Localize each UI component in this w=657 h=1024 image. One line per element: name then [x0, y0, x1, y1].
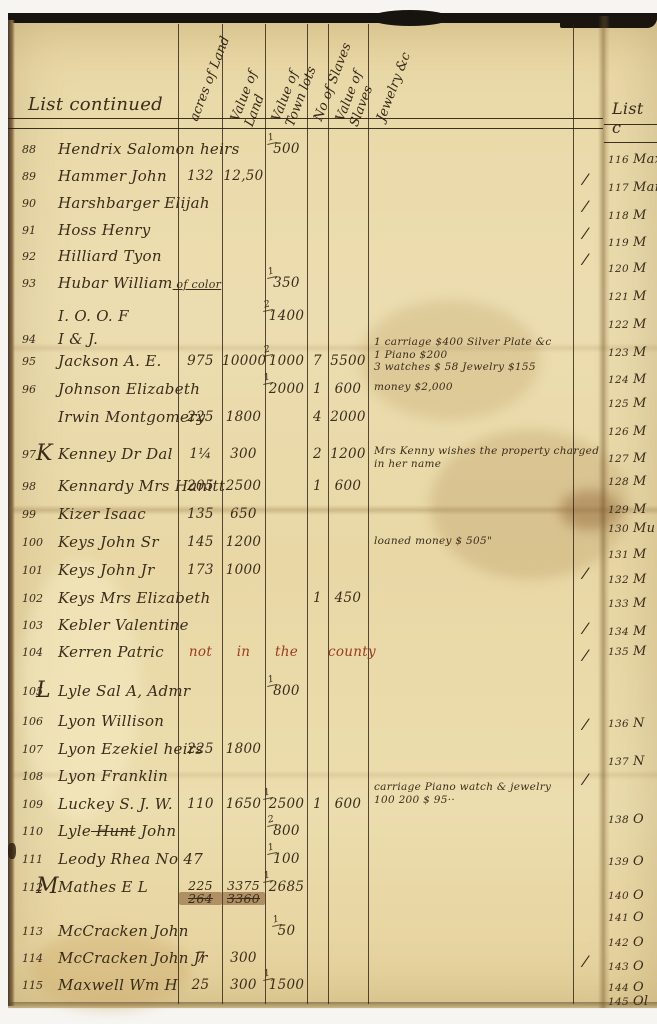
jewelry-note-cell: money $2,000	[374, 381, 602, 394]
right-row-number: 116	[608, 154, 629, 166]
table-row: 90 Harshbarger Elijah ∕	[0, 194, 657, 220]
right-row-text: Maxw	[633, 152, 657, 167]
acres-cell: 145	[179, 534, 222, 550]
right-page-row: 130Mu	[608, 517, 655, 536]
taxpayer-name: Luckey S. J. W.	[58, 795, 173, 813]
right-row-number: 137	[608, 756, 629, 768]
land-value-cell: 1650	[222, 796, 265, 812]
town-lots-cell: 12000	[266, 381, 307, 397]
land-value-cell: 300	[222, 950, 265, 966]
right-row-number: 118	[608, 210, 629, 222]
slaves-count-cell: 1	[307, 478, 328, 494]
right-row-number: 132	[608, 574, 629, 586]
right-page-row: 142O	[608, 931, 644, 950]
right-page-row: 122M	[608, 313, 647, 332]
right-row-text: M	[633, 235, 647, 250]
row-number: 107	[22, 743, 52, 756]
town-lots-cell: 1350	[266, 275, 307, 291]
right-page-row: 145Ol	[608, 990, 648, 1009]
acres-cell: 110	[179, 796, 222, 812]
town-lots-cell: 1800	[266, 683, 307, 699]
row-number: 113	[22, 925, 52, 938]
taxpayer-name: Kerren Patric	[58, 643, 164, 661]
right-page-row: 116Maxw	[608, 148, 657, 167]
table-row: 104 Kerren Patric not in the county ∕	[0, 643, 657, 669]
right-row-text: N	[633, 716, 645, 731]
right-page-row: 132M	[608, 568, 647, 587]
slaves-value-cell: 450	[328, 590, 368, 606]
right-page-row: 118M	[608, 204, 647, 223]
right-row-number: 123	[608, 347, 629, 359]
right-page-row: 125M	[608, 392, 647, 411]
slaves-count-cell: 1	[307, 381, 328, 397]
table-row: 111 Leody Rhea No 47 1100	[0, 850, 657, 876]
right-row-number: 134	[608, 626, 629, 638]
row-number: 93	[22, 277, 52, 290]
right-row-text: M	[633, 208, 647, 223]
table-row: 109 Luckey S. J. W. 110 1650 12500 1 600…	[0, 795, 657, 821]
land-value-cell: 33753360	[222, 879, 265, 905]
right-row-text: M	[633, 547, 647, 562]
right-page-row: 129M	[608, 498, 647, 517]
section-letter: K	[36, 441, 52, 466]
right-row-number: 141	[608, 912, 629, 924]
table-row: 91 Hoss Henry ∕	[0, 221, 657, 247]
taxpayer-name: Hoss Henry	[58, 221, 151, 239]
row-number: 89	[22, 170, 52, 183]
right-row-text: O	[633, 935, 644, 950]
row-number: 103	[22, 619, 52, 632]
right-row-text: M	[633, 289, 647, 304]
page-bottom-edge	[8, 1002, 657, 1009]
right-page-row: 123M	[608, 341, 647, 360]
poll-tick-mark: ∕	[582, 224, 602, 240]
acres-cell: 225264	[179, 879, 222, 905]
slaves-value-cell: 600	[328, 478, 368, 494]
town-lots-cell: 2800	[266, 823, 307, 839]
table-row: 106 Lyon Willison ∕	[0, 712, 657, 738]
table-row: 112 M Mathes E L 225264 33753360 12685	[0, 878, 657, 904]
table-row: 93 Hubar William of color 1350	[0, 274, 657, 300]
taxpayer-name: Lyon Franklin	[58, 767, 168, 785]
row-number: 114	[22, 952, 52, 965]
row-number: 104	[22, 646, 52, 659]
slaves-count-cell: 2	[307, 446, 328, 462]
slaves-count-cell: 7	[307, 353, 328, 369]
right-row-number: 127	[608, 453, 629, 465]
town-lots-cell: 150	[266, 923, 307, 939]
right-page-row: 133M	[608, 592, 647, 611]
row-number: 98	[22, 480, 52, 493]
right-page-row: 131M	[608, 543, 647, 562]
right-page-row: 143O	[608, 955, 644, 974]
taxpayer-name: Lyon Willison	[58, 712, 164, 730]
slaves-count-cell: 1	[307, 590, 328, 606]
taxpayer-name: Leody Rhea No 47	[58, 850, 203, 868]
poll-tick-mark: ∕	[582, 250, 602, 266]
taxpayer-name: Keys Mrs Elizabeth	[58, 589, 211, 607]
land-value-cell: 1800	[222, 741, 265, 757]
right-row-number: 129	[608, 504, 629, 516]
poll-tick-mark: ∕	[582, 952, 602, 968]
taxpayer-name: Keys John Sr	[58, 533, 159, 551]
table-row: Irwin Montgomery 225 1800 4 2000	[0, 408, 657, 434]
lot-count: 1	[261, 869, 274, 883]
right-row-text: M	[633, 502, 647, 517]
land-value-cell: 2500	[222, 478, 265, 494]
taxpayer-name: Johnson Elizabeth	[58, 380, 200, 398]
row-number: 111	[22, 853, 52, 866]
right-page-row: 141O	[608, 906, 644, 925]
acres-cell: not	[179, 644, 222, 660]
town-lots-cell: 12500	[266, 796, 307, 812]
acres-cell: 135	[179, 506, 222, 522]
slaves-value-cell: 600	[328, 381, 368, 397]
land-value-cell: in	[222, 644, 265, 660]
row-number: 88	[22, 143, 52, 156]
right-row-number: 142	[608, 937, 629, 949]
table-row: 113 McCracken John 150	[0, 922, 657, 948]
right-row-number: 128	[608, 476, 629, 488]
right-page-row: 135M	[608, 640, 647, 659]
right-row-number: 130	[608, 523, 629, 535]
table-row: 103 Kebler Valentine ∕	[0, 616, 657, 642]
row-number: 110	[22, 825, 52, 838]
right-page-row: 140O	[608, 884, 644, 903]
right-row-number: 139	[608, 856, 629, 868]
row-number: 100	[22, 536, 52, 549]
right-row-number: 143	[608, 961, 629, 973]
table-row: 102 Keys Mrs Elizabeth 1 450	[0, 589, 657, 615]
right-row-number: 126	[608, 426, 629, 438]
poll-tick-mark: ∕	[582, 170, 602, 186]
right-row-number: 120	[608, 263, 629, 275]
taxpayer-name: Maxwell Wm H	[58, 976, 178, 994]
slaves-value-cell: 600	[328, 796, 368, 812]
row-number: 106	[22, 715, 52, 728]
table-row: 101 Keys John Jr 173 1000 ∕	[0, 561, 657, 587]
jewelry-note-cell: 1 carriage $400 Silver Plate &c1 Piano $…	[374, 336, 602, 374]
right-row-text: Maru	[633, 180, 657, 195]
right-row-text: M	[633, 345, 647, 360]
right-row-text: O	[633, 959, 644, 974]
table-row: 89 Hammer John 132 12,50 ∕	[0, 167, 657, 193]
right-row-number: 131	[608, 549, 629, 561]
right-row-text: O	[633, 888, 644, 903]
right-row-text: Ol	[633, 994, 648, 1009]
table-row: 100 Keys John Sr 145 1200 loaned money $…	[0, 533, 657, 559]
right-row-text: M	[633, 624, 647, 639]
town-lots-cell: the	[266, 644, 307, 660]
table-row: 95 Jackson A. E. 975 10000 21000 7 5500 …	[0, 352, 657, 378]
slaves-value-cell: 2000	[328, 409, 368, 425]
right-page-title: List c	[612, 99, 657, 137]
table-row: 107 Lyon Ezekiel heirs 225 1800	[0, 740, 657, 766]
lot-count: 1	[261, 371, 274, 385]
jewelry-note-cell: Mrs Kenny wishes the property charged in…	[374, 445, 602, 470]
section-letter: L	[36, 678, 51, 703]
table-row: 99 Kizer Isaac 135 650	[0, 505, 657, 531]
land-value-cell: 10000	[222, 353, 265, 369]
right-row-number: 136	[608, 718, 629, 730]
right-row-text: M	[633, 596, 647, 611]
taxpayer-name: I & J.	[58, 330, 98, 348]
taxpayer-name: Jackson A. E.	[58, 352, 162, 370]
right-page-row: 138O	[608, 808, 644, 827]
taxpayer-name: Hammer John	[58, 167, 167, 185]
row-number: 94	[22, 333, 52, 346]
slaves-count-cell: 1	[307, 796, 328, 812]
jewelry-note-cell: loaned money $ 505"	[374, 535, 602, 548]
taxpayer-name: Hubar William of color	[58, 274, 221, 292]
right-row-text: O	[633, 812, 644, 827]
town-lots-cell: 1500	[266, 141, 307, 157]
right-row-number: 138	[608, 814, 629, 826]
right-page-row: 128M	[608, 470, 647, 489]
header-rule	[8, 128, 603, 129]
right-page-row: 127M	[608, 447, 647, 466]
right-row-text: M	[633, 474, 647, 489]
right-row-text: O	[633, 854, 644, 869]
section-letter: M	[36, 874, 59, 899]
right-page-row: 134M	[608, 620, 647, 639]
right-page-row: 126M	[608, 420, 647, 439]
page-title: List continued	[28, 94, 163, 115]
acres-cell: 225	[179, 741, 222, 757]
right-row-text: M	[633, 644, 647, 659]
acres-cell: 132	[179, 168, 222, 184]
lot-count: 2	[261, 343, 274, 357]
taxpayer-name: Kenney Dr Dal	[58, 445, 173, 463]
right-row-number: 145	[608, 996, 629, 1008]
right-row-text: M	[633, 372, 647, 387]
poll-tick-mark: ∕	[582, 715, 602, 731]
poll-tick-mark: ∕	[582, 619, 602, 635]
row-number: 101	[22, 564, 52, 577]
right-row-text: M	[633, 261, 647, 276]
taxpayer-name: Hendrix Salomon heirs	[58, 140, 240, 158]
right-row-number: 140	[608, 890, 629, 902]
lot-count: 1	[261, 967, 274, 981]
taxpayer-name: I. O. O. F	[58, 307, 129, 325]
lot-count: 1	[269, 913, 282, 927]
row-number: 96	[22, 383, 52, 396]
acres-cell: 205	[179, 478, 222, 494]
right-page-row: 117Maru	[608, 176, 657, 195]
acres-cell: 225	[179, 409, 222, 425]
taxpayer-name: Kebler Valentine	[58, 616, 189, 634]
table-row: 92 Hilliard Tyon ∕	[0, 247, 657, 273]
header-rule	[8, 118, 603, 119]
table-row: 110 Lyle Hunt John 2800	[0, 822, 657, 848]
taxpayer-name: Harshbarger Elijah	[58, 194, 210, 212]
table-row: 115 Maxwell Wm H 25 300 11500	[0, 976, 657, 1002]
right-row-text: O	[633, 910, 644, 925]
table-row: 105 L Lyle Sal A, Admr 1800	[0, 682, 657, 708]
right-row-text: M	[633, 396, 647, 411]
jewelry-note-cell: carriage Piano watch & jewelry 100 200 $…	[374, 781, 602, 806]
table-row: 98 Kennardy Mrs Hanitt 205 2500 1 600	[0, 477, 657, 503]
right-row-number: 119	[608, 237, 629, 249]
lot-count: 1	[261, 786, 274, 800]
right-row-number: 121	[608, 291, 629, 303]
right-row-number: 133	[608, 598, 629, 610]
row-number: 92	[22, 250, 52, 263]
slaves-count-cell: 4	[307, 409, 328, 425]
ledger-scan: { "page": { "left_title": "List continue…	[0, 0, 657, 1024]
table-row: 114 McCracken John Jr 7 300 ∕	[0, 949, 657, 975]
right-page-row: 139O	[608, 850, 644, 869]
land-value-cell: 650	[222, 506, 265, 522]
taxpayer-name: Kizer Isaac	[58, 505, 146, 523]
land-value-cell: 300	[222, 977, 265, 993]
taxpayer-name: McCracken John	[58, 922, 189, 940]
right-page-row: 121M	[608, 285, 647, 304]
right-row-text: M	[633, 451, 647, 466]
right-row-number: 125	[608, 398, 629, 410]
right-row-text: Mu	[633, 521, 655, 536]
table-row: 88 Hendrix Salomon heirs 1500	[0, 140, 657, 166]
right-row-number: 135	[608, 646, 629, 658]
acres-cell: 173	[179, 562, 222, 578]
taxpayer-name: Lyle Hunt John	[58, 822, 176, 840]
town-lots-cell: 21000	[266, 353, 307, 369]
acres-cell: 1¼	[179, 446, 222, 462]
town-lots-cell: 1100	[266, 851, 307, 867]
acres-cell: 25	[179, 977, 222, 993]
lot-count: 2	[261, 298, 274, 312]
row-number: 108	[22, 770, 52, 783]
right-row-text: M	[633, 572, 647, 587]
right-row-number: 122	[608, 319, 629, 331]
land-value-cell: 1000	[222, 562, 265, 578]
right-page-row: 124M	[608, 368, 647, 387]
town-lots-cell: 12685	[266, 879, 307, 895]
land-value-cell: 1200	[222, 534, 265, 550]
row-number: 91	[22, 224, 52, 237]
slaves-value-cell: 5500	[328, 353, 368, 369]
poll-tick-mark: ∕	[582, 564, 602, 580]
row-number: 115	[22, 979, 52, 992]
land-value-cell: 1800	[222, 409, 265, 425]
right-row-text: M	[633, 424, 647, 439]
land-value-cell: 12,50	[222, 168, 265, 184]
acres-cell: 7	[179, 950, 222, 966]
taxpayer-name: Keys John Jr	[58, 561, 155, 579]
right-header-rule	[604, 124, 657, 125]
table-row: 97 K Kenney Dr Dal 1¼ 300 2 1200 Mrs Ken…	[0, 445, 657, 471]
page-top-edge	[370, 10, 450, 26]
right-row-number: 117	[608, 182, 629, 194]
town-lots-cell: 21400	[266, 308, 307, 324]
town-lots-cell: 11500	[266, 977, 307, 993]
row-number: 99	[22, 508, 52, 521]
taxpayer-name: Lyle Sal A, Admr	[58, 682, 190, 700]
poll-tick-mark: ∕	[582, 646, 602, 662]
row-number: 90	[22, 197, 52, 210]
right-page-row: 136N	[608, 712, 645, 731]
taxpayer-name: Hilliard Tyon	[58, 247, 162, 265]
right-row-text: N	[633, 754, 645, 769]
poll-tick-mark: ∕	[582, 197, 602, 213]
slaves-value-cell: county	[328, 644, 368, 660]
right-page-row: 120M	[608, 257, 647, 276]
land-value-cell: 300	[222, 446, 265, 462]
row-number: 102	[22, 592, 52, 605]
table-row: 96 Johnson Elizabeth 12000 1 600 money $…	[0, 380, 657, 406]
acres-cell: 975	[179, 353, 222, 369]
right-row-text: M	[633, 317, 647, 332]
row-number: 109	[22, 798, 52, 811]
row-number: 95	[22, 355, 52, 368]
taxpayer-name: Mathes E L	[58, 878, 148, 896]
slaves-value-cell: 1200	[328, 446, 368, 462]
right-page-row: 119M	[608, 231, 647, 250]
right-page-row: 137N	[608, 750, 645, 769]
right-row-number: 124	[608, 374, 629, 386]
